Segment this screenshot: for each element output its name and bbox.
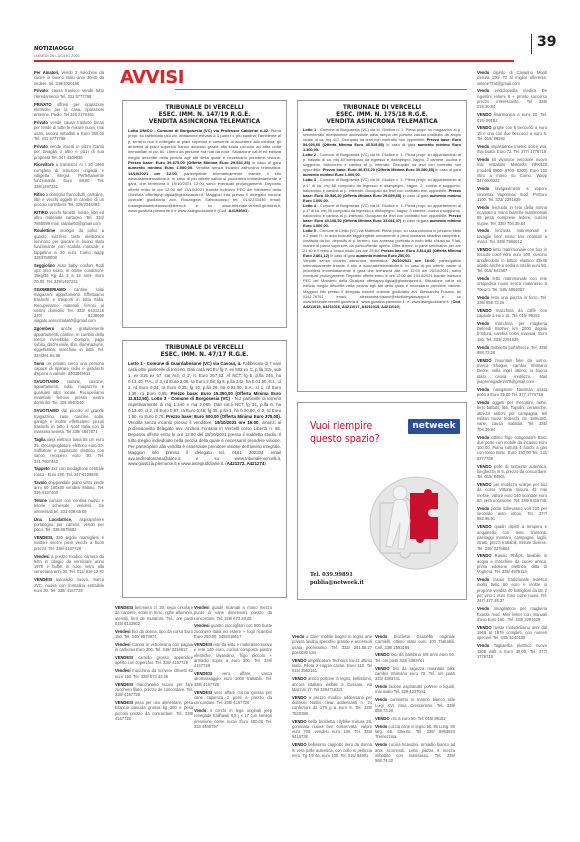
ad-email: publia@netweek.it	[310, 579, 364, 587]
ad-lead: VENDO	[477, 464, 492, 469]
ad-lead: VENDESI	[194, 690, 212, 695]
page-number-divider	[531, 34, 532, 54]
classified-ad: Vendo caminetto in marmo bianco stile Lu…	[375, 697, 455, 713]
classified-ad: VENDO pelle di serpente autentica, lungh…	[477, 464, 547, 480]
classified-ad: Vendo cucina Scavolini, armadio bianco a…	[375, 742, 455, 763]
classified-ad: SVUOTIAMO cantine, cascine, appartamenti…	[34, 379, 104, 405]
classified-ad: VENDO griglie con 5 beccucci a euro 15 e…	[477, 125, 547, 141]
classified-ad: Ritiro a domicilio francobolli, cartolin…	[34, 192, 104, 208]
ad-lead: VENDO	[477, 358, 492, 363]
ad-lead: Vendesi	[115, 629, 130, 634]
ad-lead: VENDO	[292, 676, 307, 681]
classified-ad: VENDO riviste motociclismo anni dal 1969…	[477, 625, 547, 641]
ad-lead: VENDO	[477, 482, 492, 487]
ad-text: orologio da polso a quarzo svizzero tast…	[34, 228, 104, 259]
ad-lead: Vendesi	[34, 554, 49, 559]
ad-lead: VENDESI	[115, 700, 133, 705]
advertising-space-box: Vuoi riempire questo spazio? netweek Tel…	[297, 402, 467, 600]
ad-lead: Vendo	[477, 387, 489, 392]
classified-ad: Tappeto 3x2 con medaglione centrale ross…	[34, 466, 104, 477]
puzzle-figure-icon	[358, 463, 458, 573]
classified-ad: Privato: causa trasloco vende tutto l'ar…	[34, 88, 104, 99]
notice-body: Lotto 1 - Comune di Guardabosone (VC) vi…	[128, 361, 281, 467]
classified-ad: Per Amatori, vendo 2 macchine da cucire …	[34, 70, 104, 86]
ad-lead: VENDO	[477, 524, 492, 529]
classified-ad: Seggiolino Auto baby confort Rodi xp2 ne…	[34, 263, 104, 284]
ad-lead: Vendo	[477, 157, 489, 162]
ad-lead: Vendo	[375, 724, 387, 729]
classifieds-right-column: Vendo dipinto di Casarino Monti misura 1…	[477, 70, 547, 662]
ad-lead: VENDO	[375, 666, 390, 671]
ad-lead: Vendo	[292, 634, 304, 639]
ad-lead: VENDO	[477, 125, 492, 130]
ad-lead: VENDO	[375, 716, 390, 721]
classified-ad: Vendo oggetti per mercatini, rame, ferro…	[477, 400, 547, 432]
ad-slogan: Vuoi riempire questo spazio?	[310, 419, 380, 445]
ad-lead: Vendesi	[194, 605, 209, 610]
classified-ad: Vendo rimagliatrice per maglieria Exacta…	[477, 606, 547, 622]
ad-text: a domicilio francobolli, cartoline, libr…	[34, 192, 104, 208]
ad-lead: Vendo	[477, 70, 489, 75]
lot-entry: Lotto 2 - Comune di Borgosesia (VC) via …	[303, 153, 461, 178]
ad-lead: Vendo	[477, 321, 489, 326]
classified-ad: Vendo ponte sollevatore volt 220 per sec…	[477, 506, 547, 522]
notice-heading-line: ESEC. IMM. N. 175/18 R.G.E.	[303, 112, 461, 119]
ad-lead: Privato	[34, 144, 48, 149]
classified-ad: VENDO Rasoio Philips, lavabile in acqua …	[477, 553, 547, 574]
classified-ad: Vendo letto matrimoniale con rete ortope…	[477, 276, 547, 292]
ad-text: caminetto in marmo bianco stile Luigi XV…	[375, 697, 455, 713]
classifieds-bottom-column-2: Vendesi quadri ricamati a mano mezzo pun…	[194, 605, 272, 732]
classified-ad: Vendo letto una piazza in ferro. Tel. 33…	[477, 295, 547, 306]
ad-lead: RITIRO	[34, 210, 48, 215]
court-notice-175-18: TRIBUNALE DI VERCELLI ESEC. IMM. N. 175/…	[297, 100, 467, 392]
issue-date: LUNEDÌ 26 LUGLIO 2021	[34, 53, 80, 58]
ad-lead: Vendo	[477, 606, 489, 611]
ad-text: un privato cerco una persona capace di r…	[34, 361, 104, 377]
ad-text: bicicletta Graziella originale Carnielli…	[375, 634, 455, 650]
ad-lead: Vendo	[477, 435, 489, 440]
ad-text: anche gratuitamente appartamenti, cantin…	[34, 326, 104, 357]
ad-lead: Vendo	[375, 634, 387, 639]
min-increment: aumento minimo Euro 1.000,00.	[128, 165, 193, 170]
ad-lead: Vendesi	[115, 668, 130, 673]
classified-ad: SVUOTIAMO dal piccolo al grande magazzin…	[34, 408, 104, 434]
classified-ad: Vendesi quadri ricamati a mano mezzo pun…	[194, 605, 272, 621]
ad-lead: Vendo	[477, 144, 489, 149]
notice-heading-line: TRIBUNALE DI VERCELLI	[128, 105, 281, 112]
ad-lead: Telone	[34, 498, 47, 503]
ad-lead: Vendo	[477, 506, 489, 511]
ad-lead: Seggiolino	[34, 263, 55, 268]
lot-entry: Lotto 3 - Comune di Borgosesia (VC) via …	[303, 178, 461, 203]
classified-ad: Vendo rasoio tradizionale tedesco molto …	[477, 577, 547, 603]
classified-ad: VENDO antico portone in legno, bellissim…	[292, 676, 372, 692]
header-rule	[34, 60, 514, 62]
ad-lead: SVUOTIAMO	[34, 408, 59, 413]
lot-entry: Lotto 4 - Comune di Borgosesia (VC) via …	[303, 204, 461, 229]
classified-ad: Vendo mobiletto portafrecce. Tel. 339/ 8…	[477, 345, 547, 356]
ad-lead: VENDESI	[115, 605, 133, 610]
ad-lead: VENDESI	[115, 655, 133, 660]
ad-lead: VENDESI	[115, 682, 133, 687]
classifieds-left-column: Per Amatori, vendo 2 macchine da cucire …	[34, 70, 104, 596]
classified-ad: Vendo enciclopedia medica De Agostini vo…	[477, 88, 547, 109]
classified-ad: VENDESI vero affare, vasca idromassaggio…	[194, 671, 272, 687]
classified-ad: VENDO per inutilizzo scarpe per bici da …	[477, 482, 547, 503]
classified-ad: Vendo lavapavimenti a vapore vicromax Va…	[477, 186, 547, 202]
ad-phone: Tel. 039.99891	[310, 571, 364, 579]
notice-code: A421272, A421274	[227, 461, 265, 466]
ad-lead: Una Lucidatrice,	[34, 517, 72, 522]
classified-ad: VENDO quadri dipinti a tempera e acquare…	[477, 524, 547, 550]
ad-lead: Vendo	[477, 88, 489, 93]
notice-heading-line: ESEC. IMM. N. 47/17 R.G.E.	[128, 352, 281, 359]
notice-heading-line: ESEC. IMM. N. 147/19 R.G.E.	[128, 112, 281, 119]
base-price: Prezzo base: Euro 500,00 (Offerta Minima…	[166, 414, 281, 419]
ad-text: cantine solai magazzini appartamenti. Ef…	[34, 287, 104, 324]
ad-lead: SGOMBERIAMO	[34, 287, 66, 292]
ad-text: a Cirie' mobile bagno in legno arte pove…	[292, 634, 372, 655]
notice-heading-line: VENDITA ASINCRONA TELEMATICA	[128, 119, 281, 126]
ad-lead: SVUOTIAMO	[34, 379, 59, 384]
classified-ad: Ricevitore a transistor AI / 20 1960 com…	[34, 162, 104, 188]
ad-text: cuccia cane in legno alt. 85 Lung. 85 la…	[375, 724, 455, 740]
page-number: 39	[537, 34, 556, 50]
ad-lead: Tavolo	[34, 480, 47, 485]
ad-lead: Vendo	[477, 228, 489, 233]
classified-ad: VENDESI carrello grosso appendice aperto…	[115, 655, 193, 666]
classified-ad: Telone camion con centina nuovo e telone…	[34, 498, 104, 514]
ad-lead: Privato	[34, 120, 48, 125]
court-notice-147-19: TRIBUNALE DI VERCELLI ESEC. IMM. N. 147/…	[122, 100, 287, 328]
notice-heading-line: TRIBUNALE DI VERCELLI	[128, 345, 281, 352]
classified-ad: VENDESI, 320 tegole marsigliesi e matton…	[34, 535, 104, 551]
sale-details: Vendita senza incanto asincrona telemati…	[303, 259, 461, 309]
ad-lead: Tappeto	[34, 466, 50, 471]
classified-ad: VENDO bella bicicletta citybike misura 2…	[292, 719, 372, 740]
lot-entry: Lotto 5 - Comune di Cellio (VC) via Matt…	[303, 229, 461, 259]
notice-heading-line: VENDITA ASINCRONA TELEMATICA	[303, 119, 461, 126]
classified-ad: Vendo 4 cerchi in lega originali jeep re…	[194, 708, 272, 729]
classified-ad: Tavolo chippendale piano vetro verde ann…	[34, 480, 104, 496]
auction-date: 14/10/2021 ore 12.00	[128, 171, 177, 176]
ad-lead: Vendo	[477, 345, 489, 350]
classified-ad: Vendo Tagliaerba elettrico nuovo 1200 wa…	[477, 643, 547, 659]
netweek-logo: netweek	[408, 419, 460, 434]
classified-ad: Vendo a Cirie' mobile bagno in legno art…	[292, 634, 372, 655]
ad-lead: Vendo	[477, 295, 489, 300]
base-price: Prezzo base: Euro 39.375,00 (Offerta Min…	[128, 160, 250, 165]
notice-body: Lotto UNICO - Comune di Borgosesia (VC) …	[128, 128, 281, 214]
ad-lead: VENDESI	[194, 642, 212, 647]
ad-text: oggetti per mercatini, rame, ferro battu…	[477, 400, 547, 431]
notice-body: Lotto 1 - Comune di Borgosesia (VC) via …	[303, 128, 461, 310]
ad-lead: VENDO	[477, 247, 492, 252]
ad-lead: Roulettime	[34, 228, 55, 233]
ad-text: cucina Scavolini, armadio bianco ad ante…	[375, 742, 455, 763]
classified-ad: Vendo macchina per maglieria Defendi Bro…	[477, 321, 547, 342]
auction-date: 19/10/2021 ore 16:00	[215, 420, 259, 425]
newspaper-logo: NOTIZIAOGGI	[34, 46, 80, 52]
classified-ad: VENDO macchina da caffè con capsule a eu…	[477, 308, 547, 319]
classified-ad: VENDO mountain bike da uomo, marca Shogu…	[477, 358, 547, 384]
classified-ad: VENDESI autoradio nuova, marca JVC, nuov…	[34, 577, 104, 593]
classified-ad: VENDESI vero affare cuccia grossa per ca…	[194, 690, 272, 706]
ad-lead: Vendo	[194, 708, 206, 713]
notice-heading-line: TRIBUNALE DI VERCELLI	[303, 105, 461, 112]
ad-lead: VENDO	[292, 695, 307, 700]
classifieds-bottom-column-1: VENDESI betoniera cl. 30, sega circolare…	[115, 605, 193, 724]
ad-lead: Vendesi	[115, 642, 130, 647]
classified-ad: Vendesi bici da donna, tipo da corsa Eur…	[115, 629, 193, 640]
classifieds-bottom-column-4: Vendo bicicletta Graziella originale Car…	[375, 634, 455, 766]
classified-ad: RITIRO vecchi fumetti, riviste, libri ed…	[34, 210, 104, 226]
ad-lead: Taglia	[34, 437, 46, 442]
ad-lead: Sono	[34, 361, 44, 366]
court-notice-47-17: TRIBUNALE DI VERCELLI ESEC. IMM. N. 47/1…	[122, 340, 287, 598]
classified-ad: Vendo navigatore Naviman usato poco a Eu…	[477, 387, 547, 398]
ad-lead: VENDO	[292, 658, 307, 663]
classified-ad: VENDO bici da bambina 6/8 anni euro 50. …	[375, 652, 455, 663]
classifieds-bottom-column-3: Vendo a Cirie' mobile bagno in legno art…	[292, 634, 372, 761]
classified-ad: VENDO fisarmonica a euro 20. Tel. 015/ 9…	[477, 112, 547, 123]
classified-ad: VENDO bellissimo cappotto nero da donna …	[292, 742, 372, 758]
classified-ad: PRIVATO offresi per riparazioni elettric…	[34, 102, 104, 118]
classified-ad: Privato vende inserti in pizzo Cantù per…	[34, 144, 104, 160]
ad-lead: Privato	[34, 88, 48, 93]
ad-text: cric a euro 50. Tel. 015/ 99182	[390, 716, 446, 721]
classified-ad: Privato vende causa trasloco binari per …	[34, 120, 104, 141]
ad-lead: VENDO	[477, 112, 492, 117]
classified-ad: VENDO bici da ragazza mountain bike camb…	[375, 666, 455, 682]
ad-lead: VENDESI,	[34, 535, 53, 540]
ad-lead: Ricevitore	[34, 162, 54, 167]
classified-ad: VENDO cric a euro 50. Tel. 015/ 99182	[375, 716, 455, 721]
ad-lead: VENDO	[477, 625, 492, 630]
classified-ad: Vendesi macchina da scrivere Olivetti 82…	[115, 668, 193, 679]
classified-ad: Sgombero anche gratuitamente appartament…	[34, 326, 104, 358]
notice-code: A4194691	[229, 208, 248, 213]
classified-ad: SGOMBERIAMO cantine solai magazzini appa…	[34, 287, 104, 324]
classified-ad: VENDESI betoniera cl. 30, sega circolare…	[115, 605, 193, 626]
classified-ad: Vendo kit vivavoce veicolare nuovo mai i…	[477, 157, 547, 183]
lot-title: Lotto UNICO - Comune di Borgosesia (VC) …	[128, 128, 269, 133]
ad-text: bidone aspiratutto polvere e liquidi, ma…	[375, 684, 455, 694]
ad-lead: VENDO	[477, 553, 492, 558]
classified-ad: Vendo dipinto di Casarino Monti misura 1…	[477, 70, 547, 86]
classified-ad: Vendo ottimo frigo congelatore Bosc due …	[477, 435, 547, 461]
section-rule	[175, 89, 467, 90]
ad-lead: VENDO	[375, 652, 390, 657]
auction-date: 20/10/2021 ore 16:00	[392, 259, 434, 263]
ad-lead: VENDO	[292, 742, 307, 747]
classified-ad: VENDESI pesa per uso alimentare, pesa bi…	[115, 700, 193, 721]
ad-lead: Vendo	[477, 205, 489, 210]
ad-lead: Vendesi	[194, 623, 209, 628]
classified-ad: Vendo bicicletta Graziella originale Car…	[375, 634, 455, 650]
masthead: NOTIZIAOGGI LUNEDÌ 26 LUGLIO 2021	[34, 46, 80, 58]
ad-lead: VENDESI	[34, 577, 52, 582]
ad-lead: Vendo	[375, 684, 387, 689]
ad-lead: Vendo	[477, 276, 489, 281]
ad-lead: VENDO	[477, 308, 492, 313]
ad-lead: Per Amatori,	[34, 70, 59, 75]
ad-lead: Vendo	[375, 742, 387, 747]
ad-lead: Vendo	[477, 400, 489, 405]
ad-lead: VENDESI	[194, 671, 212, 676]
classified-ad: Roulettime orologio da polso a quarzo sv…	[34, 228, 104, 260]
section-title: AVVISI	[120, 67, 184, 88]
lot-entry: Lotto 1 - Comune di Borgosesia (VC) via …	[303, 128, 461, 153]
ad-contact: Tel. 039.99891 publia@netweek.it	[310, 571, 364, 587]
classified-ad: Vendo impastatrice Imetec dolce vita, ma…	[477, 144, 547, 155]
classified-ad: VENDO amplificatore Technics Su-z1 ottim…	[292, 658, 372, 674]
ad-lead: Ritiro	[34, 192, 45, 197]
classified-ad: Vendo lenzuola matrimoniali e tovaglie l…	[477, 228, 547, 244]
ad-lead: Vendo	[477, 186, 489, 191]
classified-ad: VENDESI macchinario nuovo per fare zucch…	[115, 682, 193, 698]
ad-text: 4 cerchi in lega originali jeep renegade…	[194, 708, 272, 729]
classified-ad: Vendesi a prezzo modico camera da letto …	[34, 554, 104, 575]
classified-ad: VENDO letto matrimoniale con box in tess…	[477, 247, 547, 273]
lot-title: Lotto 1 - Comune di Guardabosone (VC) vi…	[128, 361, 241, 366]
classified-ad: Vendo bidone aspiratutto polvere e liqui…	[375, 684, 455, 695]
classified-ad: Taglia siepi elettrico lama 55 cm euro 2…	[34, 437, 104, 463]
classified-ad: Una Lucidatrice, aspirapolvere portalegn…	[34, 517, 104, 533]
ad-lead: Vendo	[477, 643, 489, 648]
ad-lead: VENDO	[292, 719, 307, 724]
ad-lead: PRIVATO	[34, 102, 52, 107]
lot-title: Lotto 3 - Comune di Borgosesia (VC)	[151, 396, 230, 401]
ad-lead: Sgombero	[34, 326, 54, 331]
ad-lead: Vendo	[375, 697, 387, 702]
classified-ad: VENDO a prezzo modico addensanti per dis…	[292, 695, 372, 716]
ad-lead: Vendo	[477, 577, 489, 582]
classified-ad: Vendesi Canoa in vetroresina con pagaia …	[115, 642, 193, 653]
classified-ad: VENDESI rete da letto e materasso nuovo …	[194, 642, 272, 668]
classified-ad: Sono un privato cerco una persona capace…	[34, 361, 104, 377]
classified-ad: Vendo cuccia cane in legno alt. 85 Lung.…	[375, 724, 455, 740]
classified-ad: Vendo lenzuola in tela della nonna ricam…	[477, 205, 547, 226]
classified-ad: Vendesi quattro raccoglitori con 900 bus…	[194, 623, 272, 639]
